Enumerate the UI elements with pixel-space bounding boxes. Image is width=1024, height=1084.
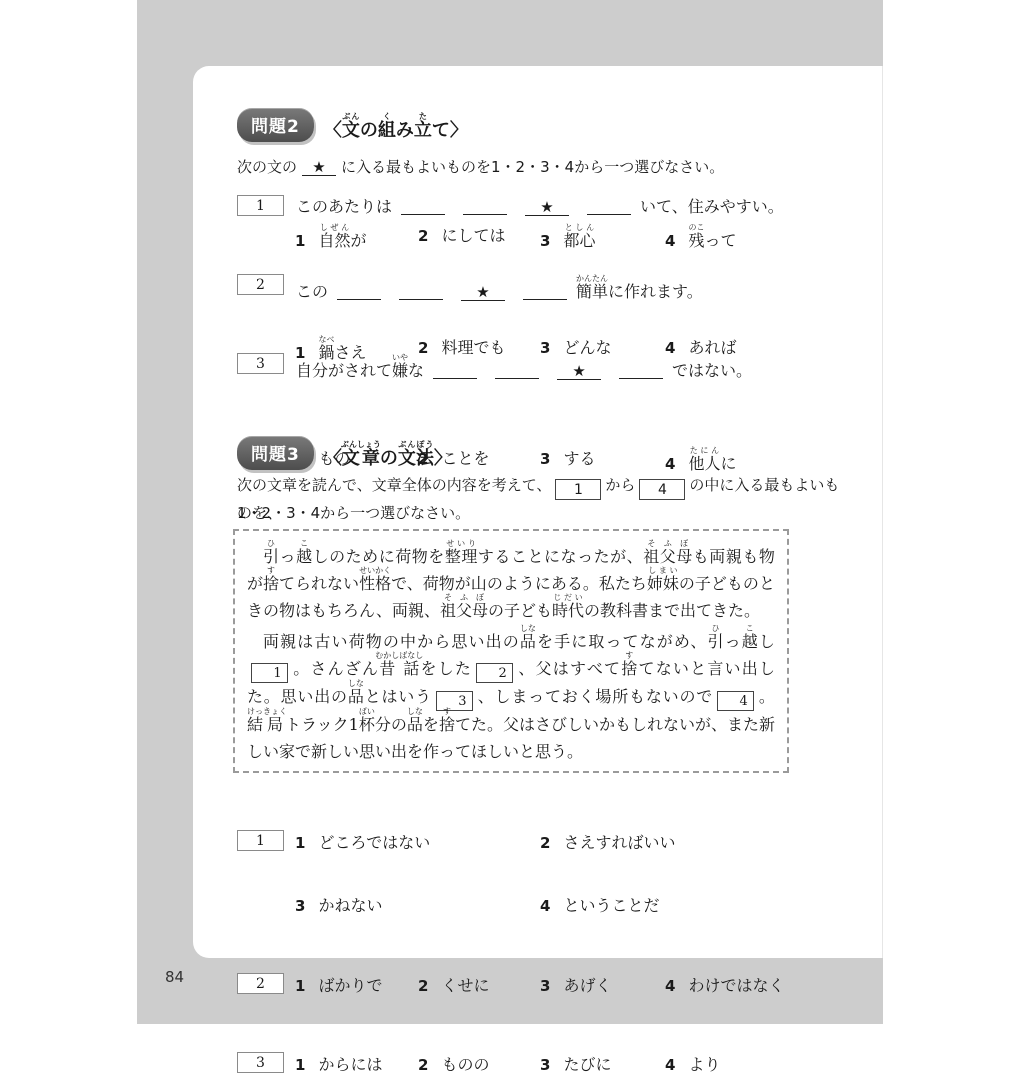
m2-question-3: 3 自分がされて嫌いやな ★ ではない。 — [237, 353, 852, 382]
blank-slot — [401, 198, 445, 215]
option: 1ばかりで — [295, 973, 382, 996]
mondai2-badge: 問題2 — [237, 108, 314, 142]
star-blank: ★ — [461, 284, 505, 301]
option: 4より — [665, 1052, 720, 1075]
inline-answer-box: 2 — [476, 663, 513, 683]
option: 2にしては — [418, 223, 505, 246]
m3-question-1-row2: 3かねない 4ということだ — [237, 893, 926, 925]
blank-slot — [433, 362, 477, 379]
blank-slot — [587, 198, 631, 215]
option: 1からには — [295, 1052, 382, 1075]
page-number: 84 — [165, 968, 184, 986]
m2-q3-number-box: 3 — [237, 353, 284, 374]
m2-q1-number-box: 1 — [237, 195, 284, 216]
blank-slot — [523, 283, 567, 300]
m2-q2-sentence: この ★ 簡単かんたんに作れます。 — [296, 274, 703, 303]
star-blank: ★ — [525, 199, 569, 216]
option: 2ものの — [418, 1052, 489, 1075]
passage-paragraph-1: 引ひっ越こしのために荷物を整理せいりすることになったが、祖父母そふぼも両親も物が… — [247, 539, 775, 624]
option: 1自然しぜんが — [295, 223, 366, 251]
option: 3かねない — [295, 893, 382, 916]
m3-question-3: 3 1からには 2ものの 3たびに 4より — [237, 1052, 926, 1084]
option: 2さえすればいい — [540, 830, 675, 853]
mondai3-instruction-line2: 1・2・3・4から一つ選びなさい。 — [237, 500, 852, 526]
mondai2-header: 問題2 〈文ぶんの組くみ立たて〉 — [237, 108, 852, 142]
m2-question-2: 2 この ★ 簡単かんたんに作れます。 — [237, 274, 852, 303]
m3-question-1-row1: 1 1どころではない 2さえすればいい — [237, 830, 926, 862]
book-page: 問題2 〈文ぶんの組くみ立たて〉 次の文の★に入る最もよいものを1・2・3・4か… — [193, 66, 883, 958]
reading-passage: 引ひっ越こしのために荷物を整理せいりすることになったが、祖父母そふぼも両親も物が… — [233, 529, 789, 773]
blank-slot — [495, 362, 539, 379]
option: 4ということだ — [540, 893, 659, 916]
passage-paragraph-2: 両親は古い荷物の中から思い出の品しなを手に取ってながめ、引ひっ越こし1。さんざん… — [247, 624, 775, 765]
star-blank: ★ — [557, 363, 601, 380]
m2-q1-options: 1自然しぜんが 2にしては 3都心としん 4残のこって — [237, 223, 926, 255]
blank-slot — [399, 283, 443, 300]
blank-slot — [337, 283, 381, 300]
inline-answer-box: 1 — [251, 663, 288, 683]
option: 3あげく — [540, 973, 611, 996]
m3-q1-number-box: 1 — [237, 830, 284, 851]
m2-question-1: 1 このあたりは ★ いて、住みやすい。 — [237, 195, 852, 218]
option: 3都心としん — [540, 223, 595, 251]
mondai3-badge: 問題3 — [237, 436, 314, 470]
mondai3-header: 問題3 〈文章ぶんしょうの文法ぶんぽう〉 — [237, 436, 852, 470]
mondai3-title: 〈文章ぶんしょうの文法ぶんぽう〉 — [324, 440, 452, 470]
mondai2-instruction: 次の文の★に入る最もよいものを1・2・3・4から一つ選びなさい。 — [237, 154, 852, 180]
m3-q2-number-box: 2 — [237, 973, 284, 994]
inline-answer-box: 1 — [555, 479, 601, 500]
option: 4わけではなく — [665, 973, 784, 996]
star-blank: ★ — [302, 159, 336, 176]
option: 2くせに — [418, 973, 489, 996]
inline-answer-box: 4 — [717, 691, 754, 711]
m2-q1-sentence: このあたりは ★ いて、住みやすい。 — [296, 195, 784, 218]
option: 4残のこって — [665, 223, 736, 251]
m2-q2-number-box: 2 — [237, 274, 284, 295]
inline-answer-box: 4 — [639, 479, 685, 500]
mondai2-title: 〈文ぶんの組くみ立たて〉 — [324, 112, 468, 142]
m3-q3-number-box: 3 — [237, 1052, 284, 1073]
m2-q3-sentence: 自分がされて嫌いやな ★ ではない。 — [296, 353, 752, 382]
option: 1どころではない — [295, 830, 430, 853]
blank-slot — [619, 362, 663, 379]
option: 3たびに — [540, 1052, 611, 1075]
m3-question-2: 2 1ばかりで 2くせに 3あげく 4わけではなく — [237, 973, 926, 1005]
blank-slot — [463, 198, 507, 215]
